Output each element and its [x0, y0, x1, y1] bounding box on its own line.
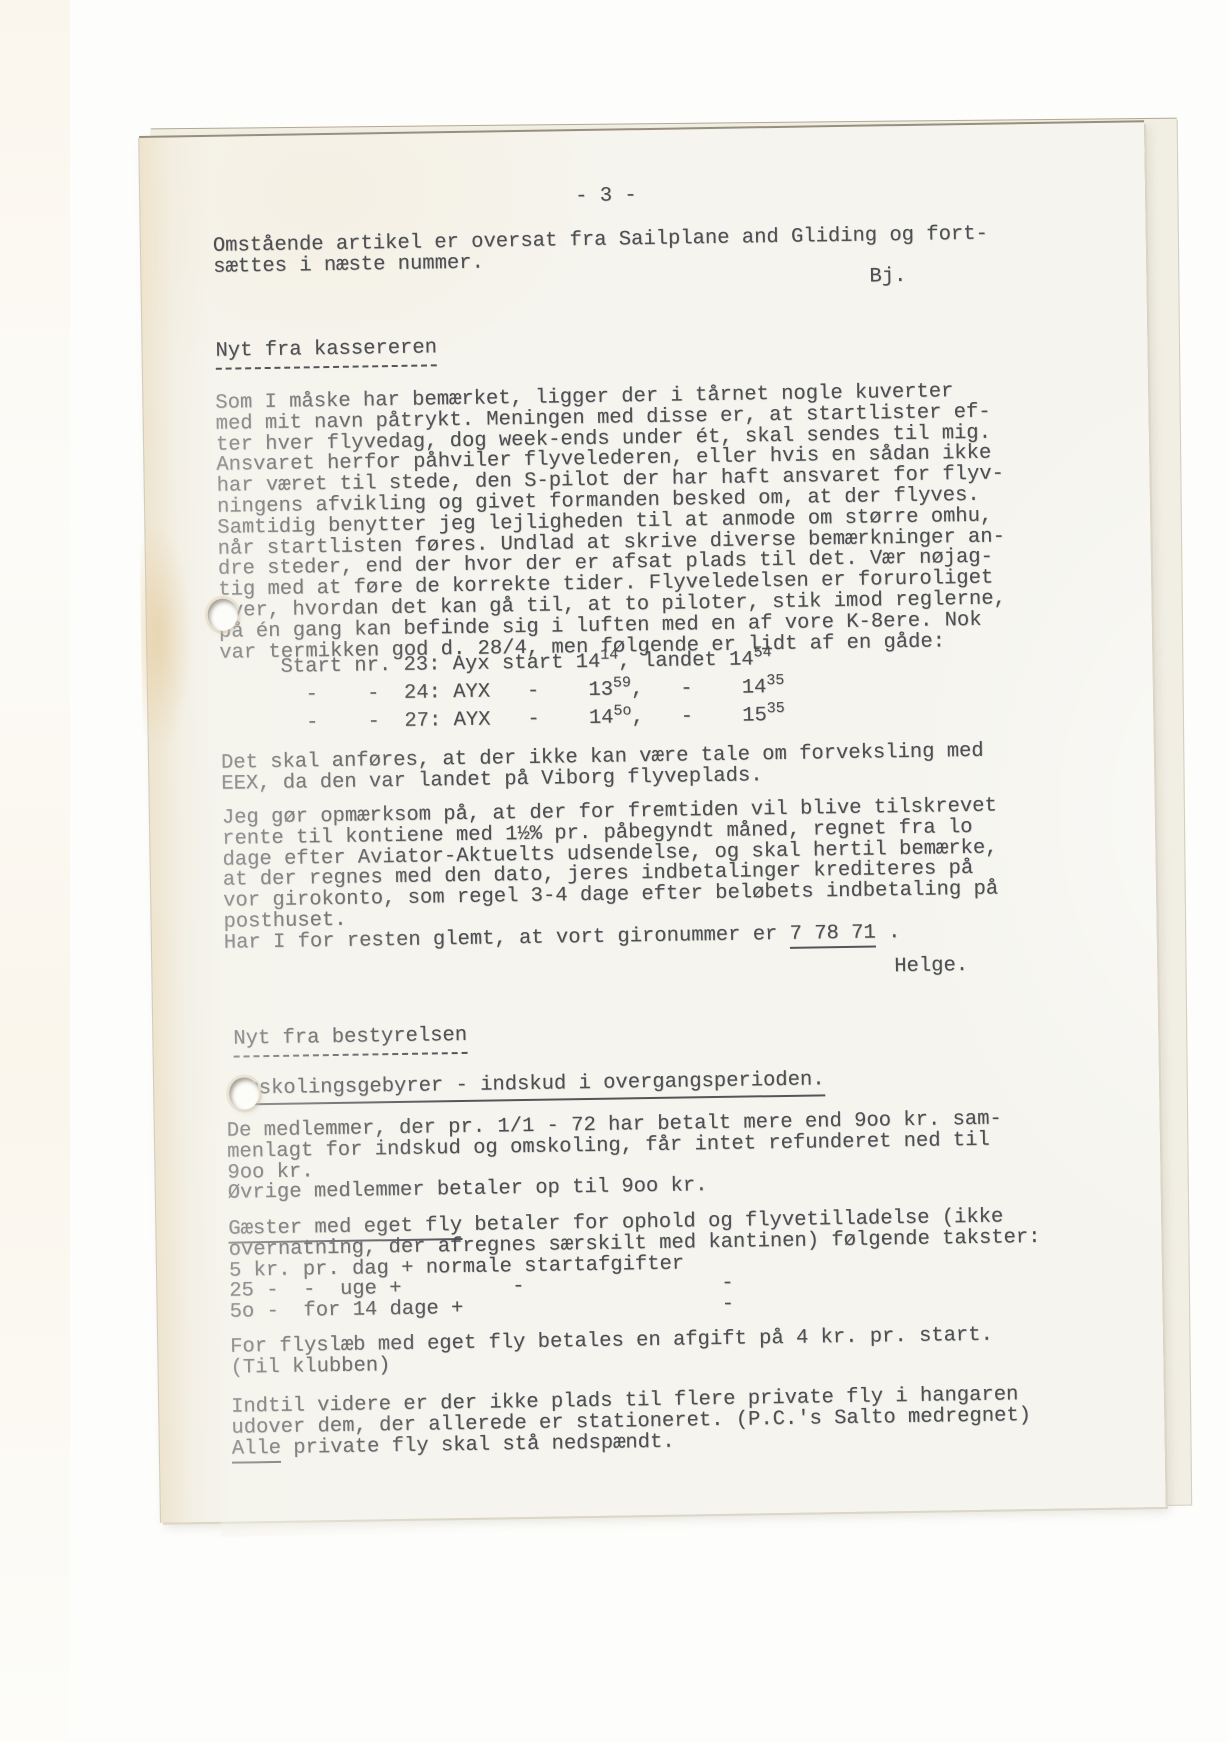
start-log-table: Start nr. 23: Ayx start 1414, landet 145…: [280, 646, 785, 738]
rente-paragraph: Jeg gør opmærksom på, at der for fremtid…: [222, 797, 999, 955]
forveksling-paragraph: Det skal anføres, at der ikke kan være t…: [221, 742, 984, 796]
giro-number: 7 78 71: [789, 921, 876, 948]
landing-time-superscript: 35: [767, 700, 785, 717]
section-heading-kassereren: Nyt fra kassereren: [215, 338, 437, 369]
gaester-paragraph: Gæster med eget fly betaler for ophold o…: [228, 1207, 1041, 1324]
alle-underlined: Alle: [232, 1437, 282, 1464]
hangar-paragraph: Indtil videre er der ikke plads til fler…: [231, 1385, 1032, 1460]
signature-bj: Bj.: [869, 267, 906, 288]
takeoff-time-superscript: 14: [600, 647, 618, 664]
signature-helge: Helge.: [894, 956, 968, 978]
worn-edge-patch: [138, 467, 213, 808]
subheading-omskolingsgebyrer: Omskolingsgebyrer - indskud i overgangsp…: [234, 1070, 825, 1105]
flyslaeb-paragraph: For flyslæb med eget fly betales en afgi…: [230, 1326, 993, 1380]
takeoff-time-superscript: 59: [613, 674, 631, 691]
medlemmer-paragraph: De medlemmer, der pr. 1/1 - 72 har betal…: [227, 1110, 1003, 1205]
landing-time-superscript: 54: [753, 644, 771, 661]
page-number: - 3 -: [575, 186, 637, 208]
section-heading-bestyrelsen: Nyt fra bestyrelsen: [233, 1026, 467, 1057]
scanner-background-tint: [0, 0, 70, 1742]
landing-time-superscript: 35: [766, 672, 784, 689]
scanned-newsletter-page: { "colors": { "paper": "#f5f4ee", "ink":…: [0, 0, 1228, 1742]
paper-sheet: - 3 - Omstående artikel er oversat fra S…: [139, 122, 1166, 1523]
kasserer-paragraph: Som I måske har bemærket, ligger der i t…: [215, 381, 1006, 664]
takeoff-time-superscript: 5o: [613, 702, 631, 719]
